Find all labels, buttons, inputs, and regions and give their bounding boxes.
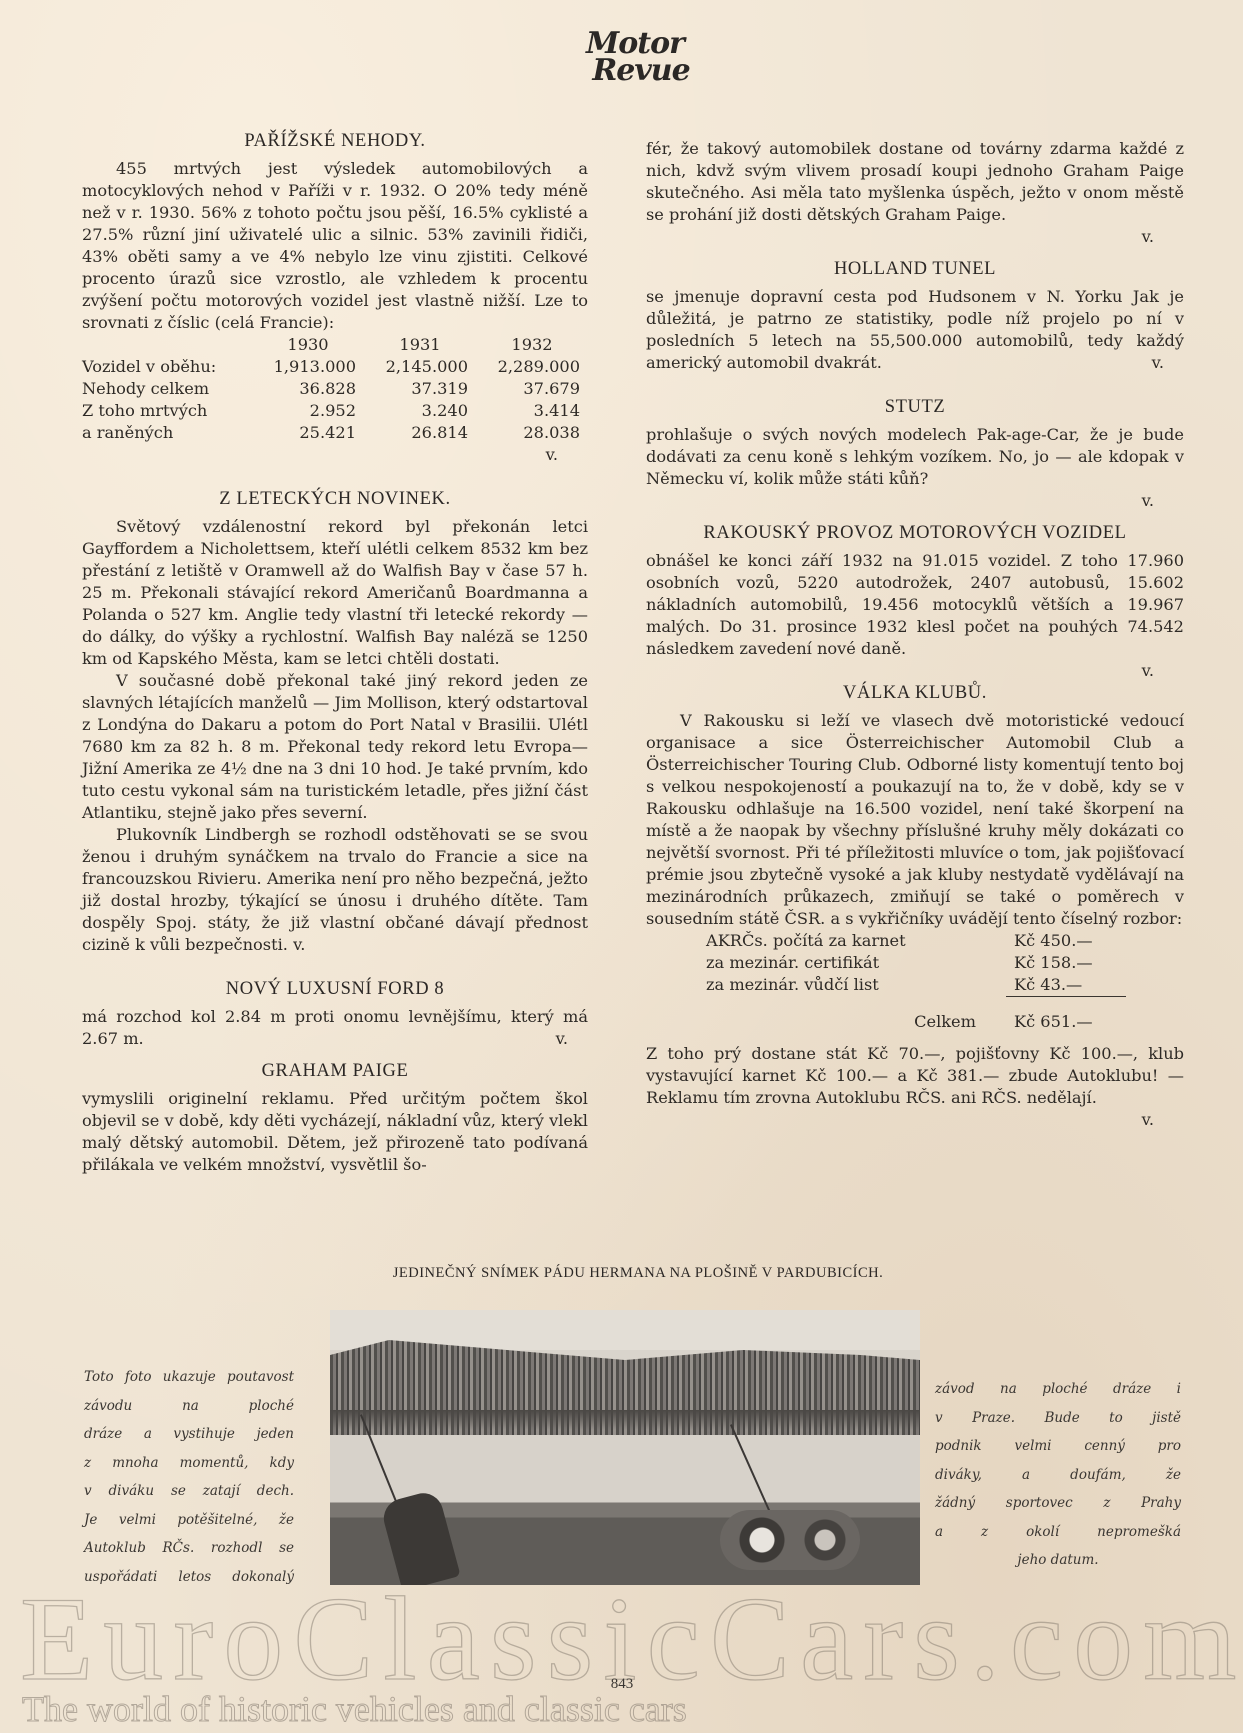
race-crash-photo	[330, 1310, 920, 1585]
left-column: PAŘÍŽSKÉ NEHODY. 455 mrtvých jest výsled…	[82, 130, 588, 1176]
caption-line: uspořádati letos dokonalý	[84, 1563, 294, 1592]
fees-table: AKRČs. počítá za karnet Kč 450.— za mezi…	[706, 930, 1126, 1033]
row-label: Z toho mrtvých	[82, 400, 252, 422]
article-stutz: STUTZ prohlašuje o svých nových modelech…	[646, 396, 1184, 512]
total-amount: Kč 651.—	[1006, 1011, 1126, 1033]
caption-line: jeho datum.	[935, 1546, 1181, 1575]
article-paragraph-text: Plukovník Lindbergh se rozhodl odstěhova…	[82, 825, 588, 954]
caption-line: závod na ploché dráze i	[935, 1375, 1181, 1404]
article-body-text: se jmenuje dopravní cesta pod Hudsonem v…	[646, 287, 1184, 372]
caption-line: Autoklub RČs. rozhodl se	[84, 1534, 294, 1563]
right-column: fér, že takový automobilek dostane od to…	[646, 138, 1184, 1131]
row-label: Vozidel v oběhu:	[82, 356, 252, 378]
table-header	[82, 334, 252, 356]
cell-value: 2,289.000	[476, 356, 588, 378]
row-label: a raněných	[82, 422, 252, 444]
caption-line: podnik velmi cenný pro	[935, 1432, 1181, 1461]
fee-label: AKRČs. počítá za karnet	[706, 930, 1006, 952]
caption-line: dráze a vystihuje jeden	[84, 1420, 294, 1449]
author-signature: v.	[646, 226, 1184, 248]
article-body: 455 mrtvých jest výsledek automobilových…	[82, 158, 588, 334]
author-signature: v.	[1152, 352, 1184, 374]
article-title: GRAHAM PAIGE	[82, 1060, 588, 1082]
cell-value: 1,913.000	[252, 356, 364, 378]
page-number: 843	[600, 1676, 644, 1693]
fee-amount: Kč 158.—	[1006, 952, 1126, 974]
fee-amount: Kč 43.—	[1006, 974, 1126, 997]
article-ford-8: NOVÝ LUXUSNÍ FORD 8 má rozchod kol 2.84 …	[82, 978, 588, 1050]
article-closing: Z toho prý dostane stát Kč 70.—, pojišťo…	[646, 1043, 1184, 1109]
article-body: se jmenuje dopravní cesta pod Hudsonem v…	[646, 286, 1184, 374]
caption-line: v Praze. Bude to jistě	[935, 1404, 1181, 1433]
table-header-row: 1930 1931 1932	[82, 334, 588, 356]
sum-rule	[706, 997, 1126, 1011]
author-signature: v.	[646, 490, 1184, 512]
accident-stats-table: 1930 1931 1932 Vozidel v oběhu: 1,913.00…	[82, 334, 588, 444]
author-signature: v.	[293, 935, 305, 954]
author-signature: v.	[556, 1028, 588, 1050]
article-holland-tunnel: HOLLAND TUNEL se jmenuje dopravní cesta …	[646, 258, 1184, 374]
article-paragraph: V současné době překonal také jiný rekor…	[82, 670, 588, 824]
fee-label: za mezinár. vůdčí list	[706, 974, 1006, 997]
cell-value: 37.319	[364, 378, 476, 400]
article-aviation-news: Z LETECKÝCH NOVINEK. Světový vzdálenostn…	[82, 488, 588, 956]
article-body: V Rakousku si leží ve vlasech dvě motori…	[646, 710, 1184, 930]
article-paris-accidents: PAŘÍŽSKÉ NEHODY. 455 mrtvých jest výsled…	[82, 130, 588, 466]
cell-value: 28.038	[476, 422, 588, 444]
cell-value: 36.828	[252, 378, 364, 400]
total-label: Celkem	[706, 1011, 1006, 1033]
article-body: obnášel ke konci září 1932 na 91.015 voz…	[646, 550, 1184, 660]
author-signature: v.	[646, 1109, 1184, 1131]
photo-title: JEDINEČNÝ SNÍMEK PÁDU HERMANA NA PLOŠINĚ…	[318, 1265, 958, 1282]
fee-row: za mezinár. vůdčí list Kč 43.—	[706, 974, 1126, 997]
article-title: Z LETECKÝCH NOVINEK.	[82, 488, 588, 510]
cell-value: 3.240	[364, 400, 476, 422]
table-row: Vozidel v oběhu: 1,913.000 2,145.000 2,2…	[82, 356, 588, 378]
caption-line: z mnoha momentů, kdy	[84, 1449, 294, 1478]
caption-line: a z okolí nepromešká	[935, 1518, 1181, 1547]
article-paragraph: Plukovník Lindbergh se rozhodl odstěhova…	[82, 824, 588, 956]
fee-total-row: Celkem Kč 651.—	[706, 1011, 1126, 1033]
table-header: 1930	[252, 334, 364, 356]
caption-line: Je velmi potěšitelné, že	[84, 1506, 294, 1535]
caption-line: Toto foto ukazuje poutavost závodu na pl…	[84, 1363, 294, 1420]
article-body: prohlašuje o svých nových modelech Pak-a…	[646, 424, 1184, 490]
cell-value: 2.952	[252, 400, 364, 422]
article-graham-paige: GRAHAM PAIGE vymyslili originelní reklam…	[82, 1060, 588, 1176]
caption-line: diváky, a doufám, že	[935, 1461, 1181, 1490]
logo-line-revue: Revue	[587, 57, 695, 84]
cell-value: 2,145.000	[364, 356, 476, 378]
cell-value: 37.679	[476, 378, 588, 400]
cell-value: 25.421	[252, 422, 364, 444]
author-signature: v.	[646, 660, 1184, 682]
article-graham-paige-continued: fér, že takový automobilek dostane od to…	[646, 138, 1184, 248]
article-body: fér, že takový automobilek dostane od to…	[646, 138, 1184, 226]
table-row: Nehody celkem 36.828 37.319 37.679	[82, 378, 588, 400]
article-title: VÁLKA KLUBŮ.	[646, 682, 1184, 704]
author-signature: v.	[82, 444, 588, 466]
article-title: RAKOUSKÝ PROVOZ MOTOROVÝCH VOZIDEL	[646, 522, 1184, 544]
fee-row: za mezinár. certifikát Kč 158.—	[706, 952, 1126, 974]
article-title: NOVÝ LUXUSNÍ FORD 8	[82, 978, 588, 1000]
article-club-war: VÁLKA KLUBŮ. V Rakousku si leží ve vlase…	[646, 682, 1184, 1131]
photo-caption-left: Toto foto ukazuje poutavost závodu na pl…	[84, 1363, 294, 1591]
article-title: HOLLAND TUNEL	[646, 258, 1184, 280]
fee-row: AKRČs. počítá za karnet Kč 450.—	[706, 930, 1126, 952]
table-row: a raněných 25.421 26.814 28.038	[82, 422, 588, 444]
table-row: Z toho mrtvých 2.952 3.240 3.414	[82, 400, 588, 422]
table-header: 1931	[364, 334, 476, 356]
fee-label: za mezinár. certifikát	[706, 952, 1006, 974]
article-body-text: má rozchod kol 2.84 m proti onomu levněj…	[82, 1007, 588, 1048]
article-title: STUTZ	[646, 396, 1184, 418]
article-title: PAŘÍŽSKÉ NEHODY.	[82, 130, 588, 152]
article-paragraph: Světový vzdálenostní rekord byl překonán…	[82, 516, 588, 670]
caption-line: v diváku se zatají dech.	[84, 1477, 294, 1506]
crashed-motorcycle	[720, 1510, 860, 1570]
magazine-logo: Motor Revue	[575, 30, 695, 84]
fee-amount: Kč 450.—	[1006, 930, 1126, 952]
watermark-tagline: The world of historic vehicles and class…	[22, 1688, 687, 1730]
row-label: Nehody celkem	[82, 378, 252, 400]
article-austrian-vehicles: RAKOUSKÝ PROVOZ MOTOROVÝCH VOZIDEL obnáš…	[646, 522, 1184, 682]
cell-value: 3.414	[476, 400, 588, 422]
cell-value: 26.814	[364, 422, 476, 444]
caption-line: žádný sportovec z Prahy	[935, 1489, 1181, 1518]
photo-caption-right: závod na ploché dráze i v Praze. Bude to…	[935, 1375, 1181, 1575]
article-body: má rozchod kol 2.84 m proti onomu levněj…	[82, 1006, 588, 1050]
table-header: 1932	[476, 334, 588, 356]
article-body: vymyslili originelní reklamu. Před určit…	[82, 1088, 588, 1176]
